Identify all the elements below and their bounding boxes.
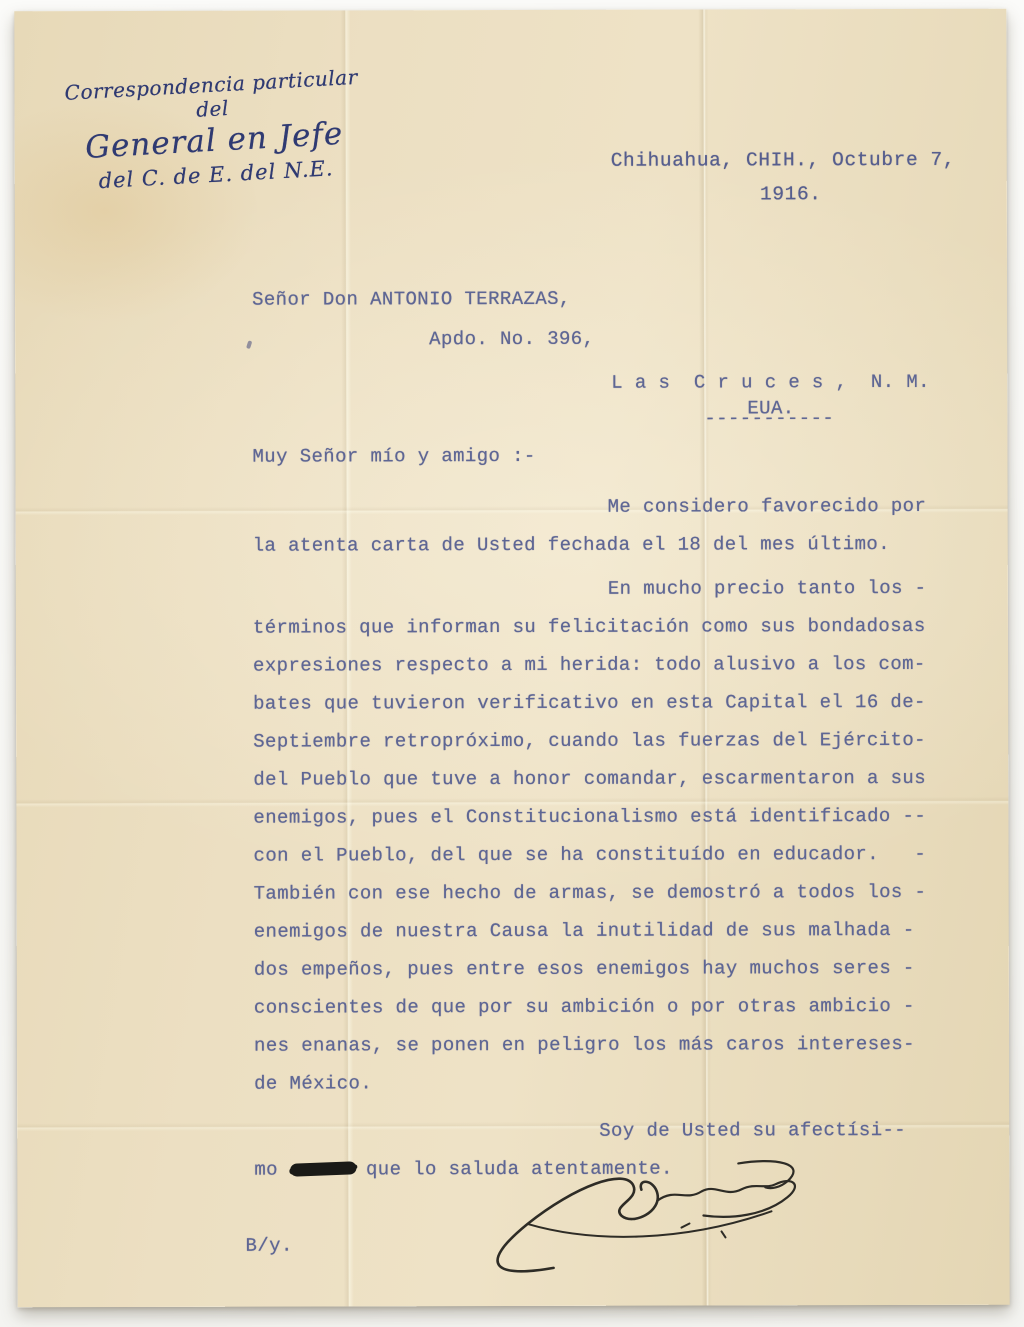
letterhead: Correspondencia particular del General e… xyxy=(56,64,372,195)
date-place-line: Chihuahua, CHIH., Octubre 7, xyxy=(611,149,956,172)
closing-line-2-start: mo xyxy=(254,1159,278,1181)
body-paragraph-1: Me considero favorecido por la atenta ca… xyxy=(253,487,943,565)
body-line: expresiones respecto a mi herida: todo a… xyxy=(253,645,943,685)
body-line: Me considero favorecido por xyxy=(253,487,943,527)
typed-divider-dashes: ----------- xyxy=(704,407,834,429)
recipient-name: Señor Don ANTONIO TERRAZAS, xyxy=(252,288,571,311)
typist-initials: B/y. xyxy=(246,1235,293,1257)
recipient-city: L a s C r u c e s , N. M. xyxy=(611,371,930,394)
redaction-ink-blot xyxy=(290,1161,356,1176)
body-line: enemigos, pues el Constitucionalismo est… xyxy=(253,797,943,837)
body-line: con el Pueblo, del que se ha constituído… xyxy=(253,835,943,875)
body-line: del Pueblo que tuve a honor comandar, es… xyxy=(253,759,943,799)
body-line: En mucho precio tanto los - xyxy=(253,569,943,609)
signature-ink-strokes xyxy=(435,1155,839,1280)
salutation: Muy Señor mío y amigo :- xyxy=(252,445,535,468)
body-line: conscientes de que por su ambición o por… xyxy=(254,987,944,1027)
body-line: términos que informan su felicitación co… xyxy=(253,607,943,647)
body-line: enemigos de nuestra Causa la inutilidad … xyxy=(254,911,944,951)
body-line: Septiembre retropróximo, cuando las fuer… xyxy=(253,721,943,761)
body-line: También con ese hecho de armas, se demos… xyxy=(254,873,944,913)
dateline: Chihuahua, CHIH., Octubre 7, 1916. xyxy=(611,149,971,206)
handwritten-signature xyxy=(435,1155,839,1280)
body-line: de México. xyxy=(254,1063,944,1103)
body-line: dos empeños, pues entre esos enemigos ha… xyxy=(254,949,944,989)
date-year-line: 1916. xyxy=(611,183,971,206)
closing-line-1: Soy de Usted su afectísi-- xyxy=(254,1111,944,1151)
recipient-address: Apdo. No. 396, xyxy=(429,328,594,350)
body-paragraph-2: En mucho precio tanto los - términos que… xyxy=(253,569,944,1103)
body-line: la atenta carta de Usted fechada el 18 d… xyxy=(253,525,943,565)
body-line: nes enanas, se ponen en peligro los más … xyxy=(254,1025,944,1065)
body-line: bates que tuvieron verificativo en esta … xyxy=(253,683,943,723)
ink-speck xyxy=(246,340,252,349)
letter-page: Correspondencia particular del General e… xyxy=(14,9,1009,1308)
